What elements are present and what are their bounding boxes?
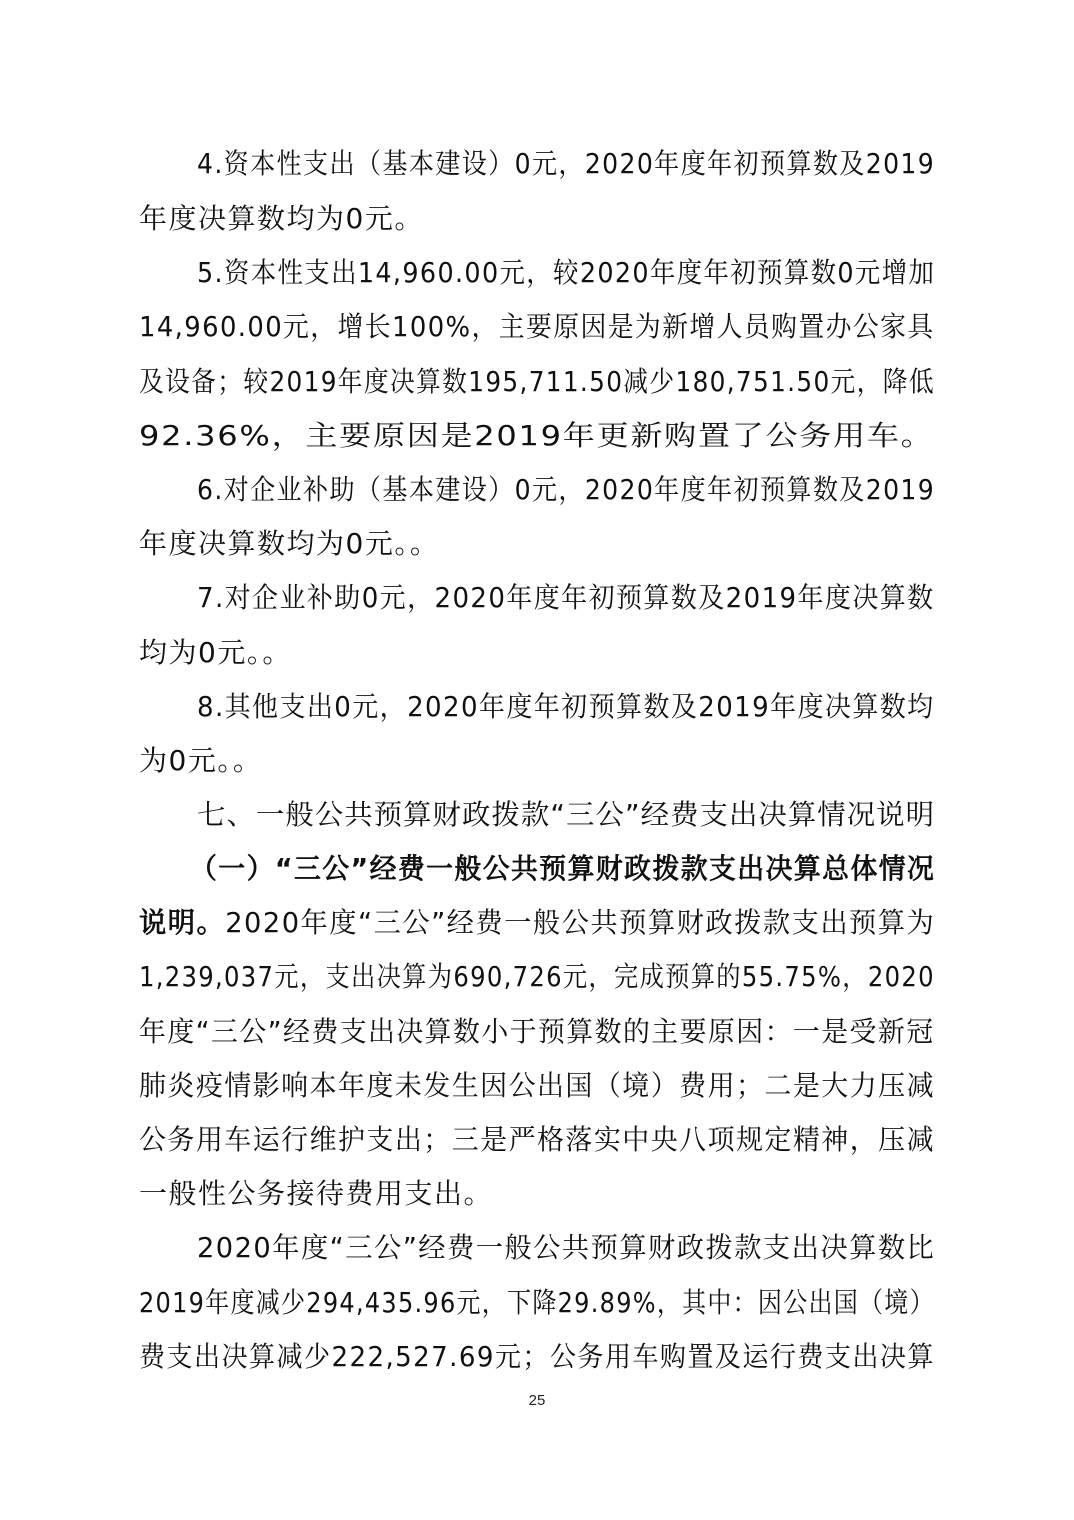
paragraph-line: 均为0元。。 xyxy=(139,633,292,673)
subsection-heading: （一）“三公”经费一般公共预算财政拨款支出决算总体情况 xyxy=(190,849,935,889)
paragraph-line: 6.对企业补助（基本建设）0元，2020年度年初预算数及2019 xyxy=(197,470,935,510)
paragraph-line: 8.其他支出0元，2020年度年初预算数及2019年度决算数均 xyxy=(197,687,935,727)
paragraph-line: 年度决算数均为0元。 xyxy=(139,199,424,239)
paragraph-line: 1,239,037元，支出决算为690,726元，完成预算的55.75%，202… xyxy=(139,957,935,997)
paragraph-line: 及设备；较2019年度决算数195,711.50减少180,751.50元，降低 xyxy=(139,362,935,402)
paragraph-line: 2019年度减少294,435.96元，下降29.89%，其中：因公出国（境） xyxy=(139,1283,935,1323)
paragraph-text: 2020年度“三公”经费一般公共预算财政拨款支出预算为 xyxy=(225,906,935,939)
section-heading: 七、一般公共预算财政拨款“三公”经费支出决算情况说明 xyxy=(197,795,935,835)
paragraph-line: 费支出决算减少222,527.69元；公务用车购置及运行费支出决算 xyxy=(139,1337,935,1377)
paragraph-line: 14,960.00元，增长100%，主要原因是为新增人员购置办公家具 xyxy=(139,307,935,347)
paragraph-line: 4.资本性支出（基本建设）0元，2020年度年初预算数及2019 xyxy=(197,144,935,184)
paragraph-line: 92.36%，主要原因是2019年更新购置了公务用车。 xyxy=(139,416,934,456)
paragraph-line: 年度“三公”经费支出决算数小于预算数的主要原因：一是受新冠 xyxy=(139,1012,935,1052)
paragraph-line: 公务用车运行维护支出；三是严格落实中央八项规定精神，压减 xyxy=(139,1120,935,1160)
paragraph-line: 年度决算数均为0元。。 xyxy=(139,524,439,564)
page-number: 25 xyxy=(0,1392,1074,1409)
paragraph-line: 肺炎疫情影响本年度未发生因公出国（境）费用；二是大力压减 xyxy=(139,1066,935,1106)
paragraph-line: 7.对企业补助0元，2020年度年初预算数及2019年度决算数 xyxy=(197,578,935,618)
document-page: 4.资本性支出（基本建设）0元，2020年度年初预算数及2019 年度决算数均为… xyxy=(0,0,1074,1520)
paragraph-line: 一般性公务接待费用支出。 xyxy=(139,1174,493,1214)
paragraph-line: 为0元。。 xyxy=(139,741,262,781)
paragraph-line: 2020年度“三公”经费一般公共预算财政拨款支出决算数比 xyxy=(197,1228,935,1268)
paragraph-line: 说明。2020年度“三公”经费一般公共预算财政拨款支出预算为 xyxy=(139,903,935,943)
subsection-heading-tail: 说明。 xyxy=(139,906,225,939)
paragraph-line: 5.资本性支出14,960.00元，较2020年度年初预算数0元增加 xyxy=(197,253,935,293)
